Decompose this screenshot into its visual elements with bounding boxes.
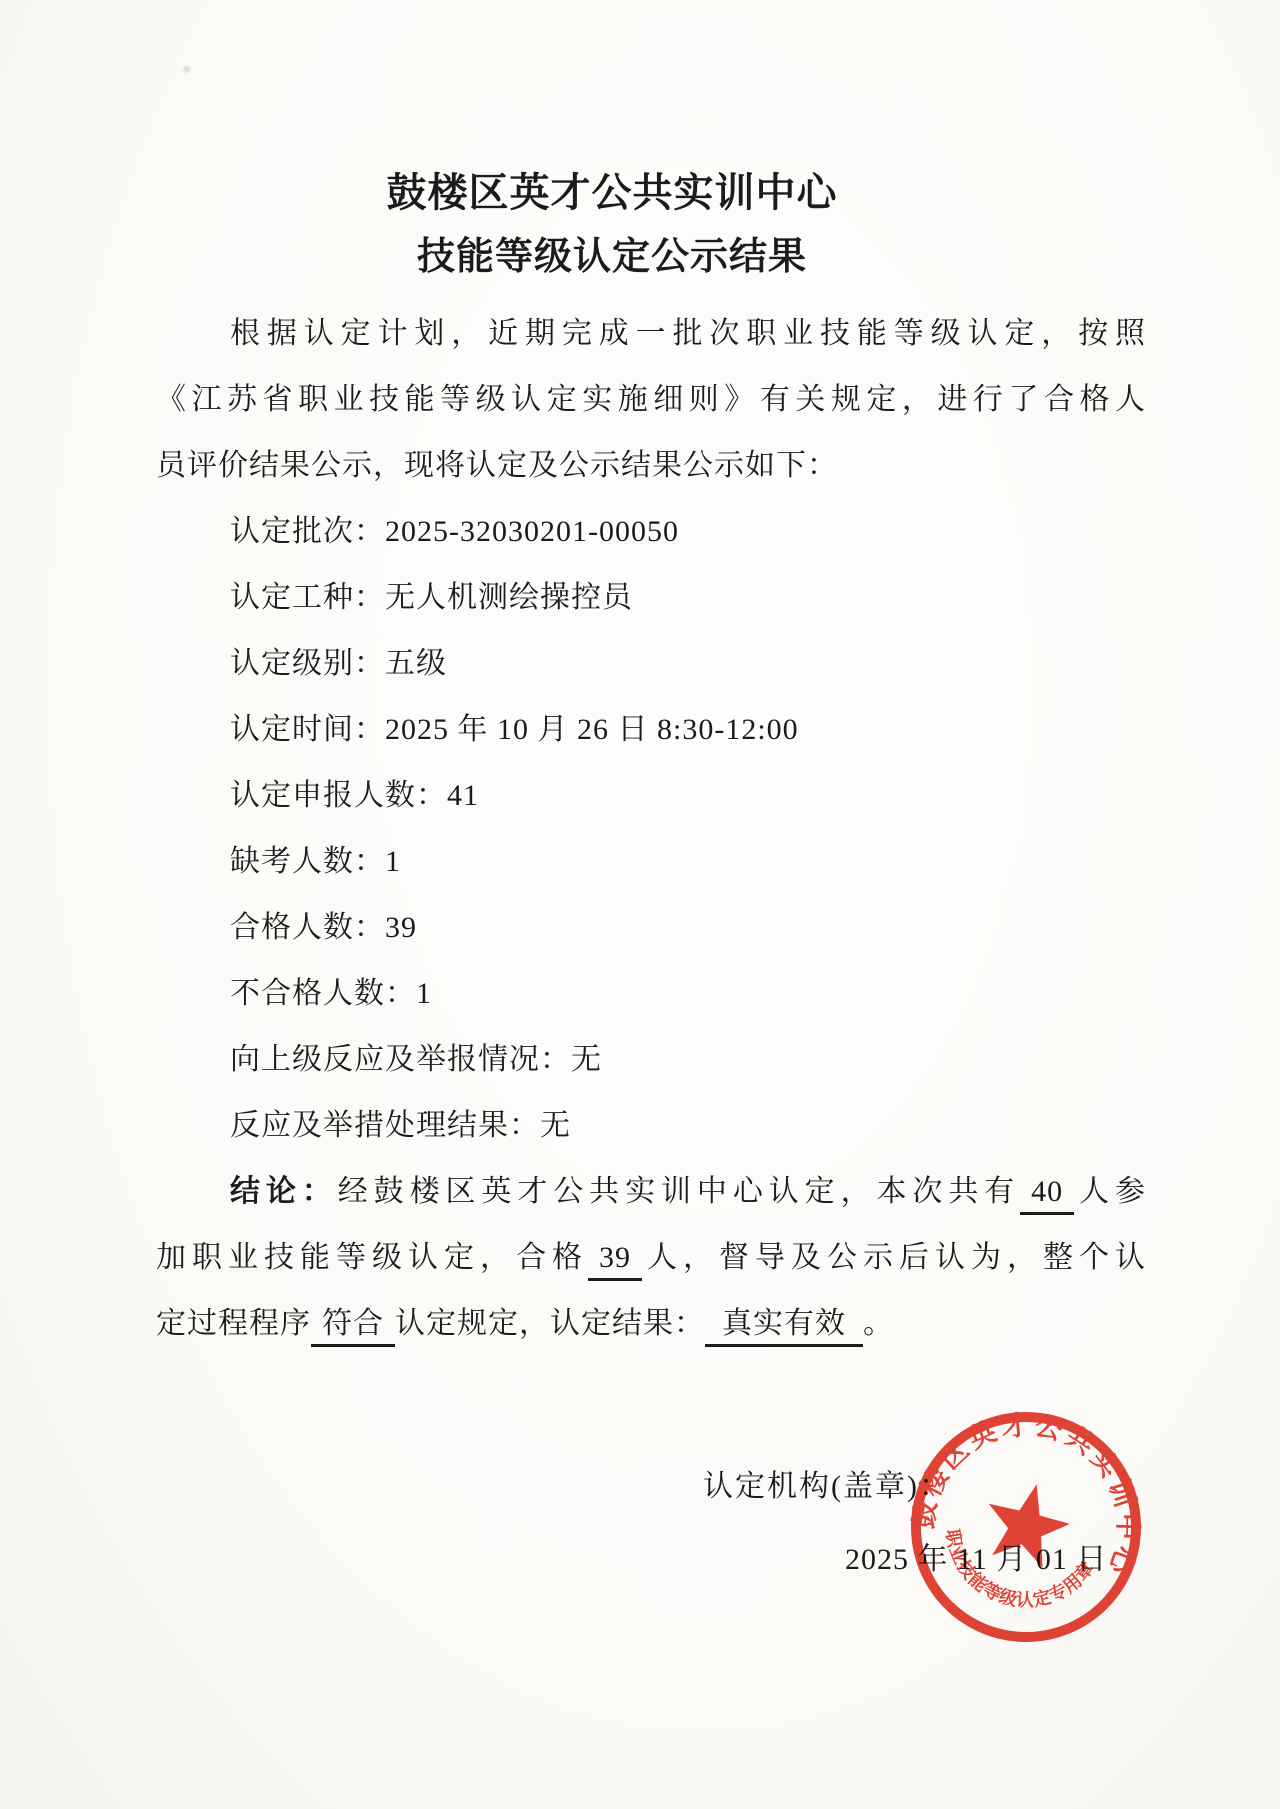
field-label: 不合格人数： bbox=[230, 977, 416, 1010]
field-value: 五级 bbox=[385, 647, 447, 680]
field-value: 无人机测绘操控员 bbox=[385, 581, 633, 614]
conclusion-line-3: 定过程程序符合认定规定，认定结果：真实有效。 bbox=[156, 1291, 1146, 1357]
intro-line-3: 员评价结果公示，现将认定及公示结果公示如下： bbox=[156, 433, 1146, 499]
doc-subtitle: 技能等级认定公示结果 bbox=[0, 224, 1224, 290]
field-passed: 合格人数：39 bbox=[156, 895, 1146, 961]
field-level: 认定级别：五级 bbox=[156, 631, 1146, 697]
field-value: 2025 年 10 月 26 日 8:30-12:00 bbox=[385, 713, 799, 746]
field-occupation: 认定工种：无人机测绘操控员 bbox=[156, 565, 1146, 631]
field-batch: 认定批次：2025-32030201-00050 bbox=[156, 499, 1146, 565]
official-seal: 鼓楼区英才公共实训中心 职业技能等级认定专用章 bbox=[872, 1373, 1180, 1681]
scan-artifact bbox=[183, 66, 190, 73]
conclusion-text: 经鼓楼区英才公共实训中心认定，本次共有 bbox=[338, 1175, 1020, 1208]
intro-line-1: 根据认定计划，近期完成一批次职业技能等级认定，按照 bbox=[156, 301, 1146, 367]
star-icon bbox=[977, 1474, 1077, 1571]
field-value: 2025-32030201-00050 bbox=[385, 515, 679, 548]
conclusion-text: 。 bbox=[863, 1307, 894, 1340]
field-value: 1 bbox=[416, 977, 432, 1010]
underlined-total: 40 bbox=[1020, 1172, 1074, 1215]
conclusion-line-1: 结论：经鼓楼区英才公共实训中心认定，本次共有40人参 bbox=[156, 1159, 1146, 1225]
conclusion-text: 定过程程序 bbox=[156, 1307, 311, 1340]
intro-line-2: 《江苏省职业技能等级认定实施细则》有关规定，进行了合格人 bbox=[156, 367, 1146, 433]
field-value: 41 bbox=[447, 779, 479, 812]
field-applicants: 认定申报人数：41 bbox=[156, 763, 1146, 829]
field-label: 认定申报人数： bbox=[230, 779, 447, 812]
field-value: 无 bbox=[540, 1109, 571, 1142]
underlined-result: 真实有效 bbox=[705, 1304, 863, 1347]
field-absent: 缺考人数：1 bbox=[156, 829, 1146, 895]
field-label: 认定批次： bbox=[230, 515, 385, 548]
conclusion-text: 认定规定，认定结果： bbox=[395, 1307, 705, 1340]
field-time: 认定时间：2025 年 10 月 26 日 8:30-12:00 bbox=[156, 697, 1146, 763]
field-handling: 反应及举措处理结果：无 bbox=[156, 1093, 1146, 1159]
field-label: 向上级反应及举报情况： bbox=[230, 1043, 571, 1076]
conclusion-line-2: 加职业技能等级认定，合格39人，督导及公示后认为，整个认 bbox=[156, 1225, 1146, 1291]
field-label: 合格人数： bbox=[230, 911, 385, 944]
conclusion-text: 人，督导及公示后认为，整个认 bbox=[642, 1241, 1146, 1274]
field-label: 缺考人数： bbox=[230, 845, 385, 878]
field-label: 反应及举措处理结果： bbox=[230, 1109, 540, 1142]
conclusion-label: 结论： bbox=[230, 1175, 338, 1208]
conclusion-text: 人参 bbox=[1074, 1175, 1146, 1208]
field-label: 认定时间： bbox=[230, 713, 385, 746]
field-value: 39 bbox=[385, 911, 417, 944]
field-value: 1 bbox=[385, 845, 401, 878]
field-value: 无 bbox=[571, 1043, 602, 1076]
field-reports: 向上级反应及举报情况：无 bbox=[156, 1027, 1146, 1093]
doc-body: 根据认定计划，近期完成一批次职业技能等级认定，按照 《江苏省职业技能等级认定实施… bbox=[156, 301, 1146, 1357]
field-label: 认定工种： bbox=[230, 581, 385, 614]
underlined-passed: 39 bbox=[588, 1238, 642, 1281]
conclusion-text: 加职业技能等级认定，合格 bbox=[156, 1241, 588, 1274]
field-label: 认定级别： bbox=[230, 647, 385, 680]
underlined-compliance: 符合 bbox=[311, 1304, 395, 1347]
doc-title: 鼓楼区英才公共实训中心 bbox=[0, 160, 1224, 226]
document-page: 鼓楼区英才公共实训中心 技能等级认定公示结果 根据认定计划，近期完成一批次职业技… bbox=[0, 0, 1280, 1809]
field-failed: 不合格人数：1 bbox=[156, 961, 1146, 1027]
